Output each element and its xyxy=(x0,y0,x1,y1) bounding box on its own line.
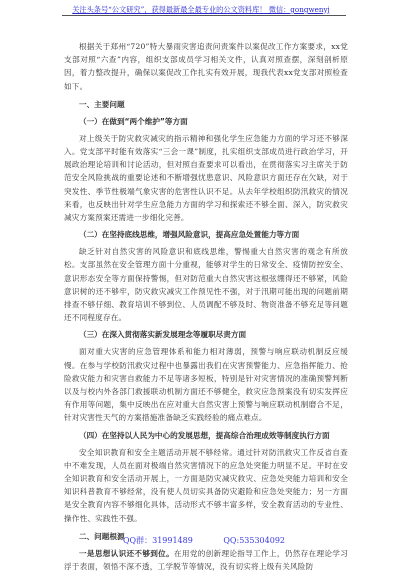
subsection-body-3: 面对重大灾害的应急管理体系和能力相对薄弱，预警与响应联动机制反应缓慢。在参与学校… xyxy=(64,345,348,424)
header-divider xyxy=(62,15,346,16)
header-banner-link[interactable]: 关注头条号“公文研究”，获得最新最全最专业的公文资料库！ 微信：gongweny… xyxy=(64,5,338,15)
subsection-heading-4: （四）在坚持以人民为中心的发展思想，提高综合治理成效等制度执行方面 xyxy=(64,429,348,442)
subsection-heading-3: （三）在深入贯彻落实新发展理念等履职尽责方面 xyxy=(64,328,348,341)
subsection-body-4: 安全知识教育和安全主题活动开展不够经常。通过针对防汛救灾工作反省自查中不难发现，… xyxy=(64,446,348,525)
footer-qq-group: QQ群：31991489 xyxy=(123,536,193,545)
subsection-body-2: 缺乏针对自然灾害的风险意识和底线思维，警惕重大自然灾害的观念有所放松。支部虽然在… xyxy=(64,245,348,324)
document-page: 根据关于郑州“720”特大暴雨灾害追责问责案件以案促改工作方案要求，xx党支部对… xyxy=(64,40,348,573)
root-cause-paragraph-1: 一是思想认识还不够到位。在用党的创新理论指导工作上，仍然存在理论学习浮于表面，领… xyxy=(64,547,348,573)
subsection-body-1: 对上级关于防灾救灾减灾的指示精神和强化学生应急能力方面的学习还不够深入。党支部平… xyxy=(64,132,348,224)
subsection-heading-1: （一）在做到“两个维护”等方面 xyxy=(64,115,348,128)
footer-qq: QQ:535304092 xyxy=(223,536,285,545)
intro-paragraph: 根据关于郑州“720”特大暴雨灾害追责问责案件以案促改工作方案要求，xx党支部对… xyxy=(64,40,348,93)
subsection-heading-2: （二）在坚持底线思维，增强风险意识，提高应急处置能力等方面 xyxy=(64,228,348,241)
footer-contact: QQ群：31991489 QQ:535304092 xyxy=(0,535,408,546)
root-cause-lead: 一是思想认识还不够到位。 xyxy=(79,549,174,558)
section-heading-main-problems: 一、主要问题 xyxy=(64,98,348,111)
